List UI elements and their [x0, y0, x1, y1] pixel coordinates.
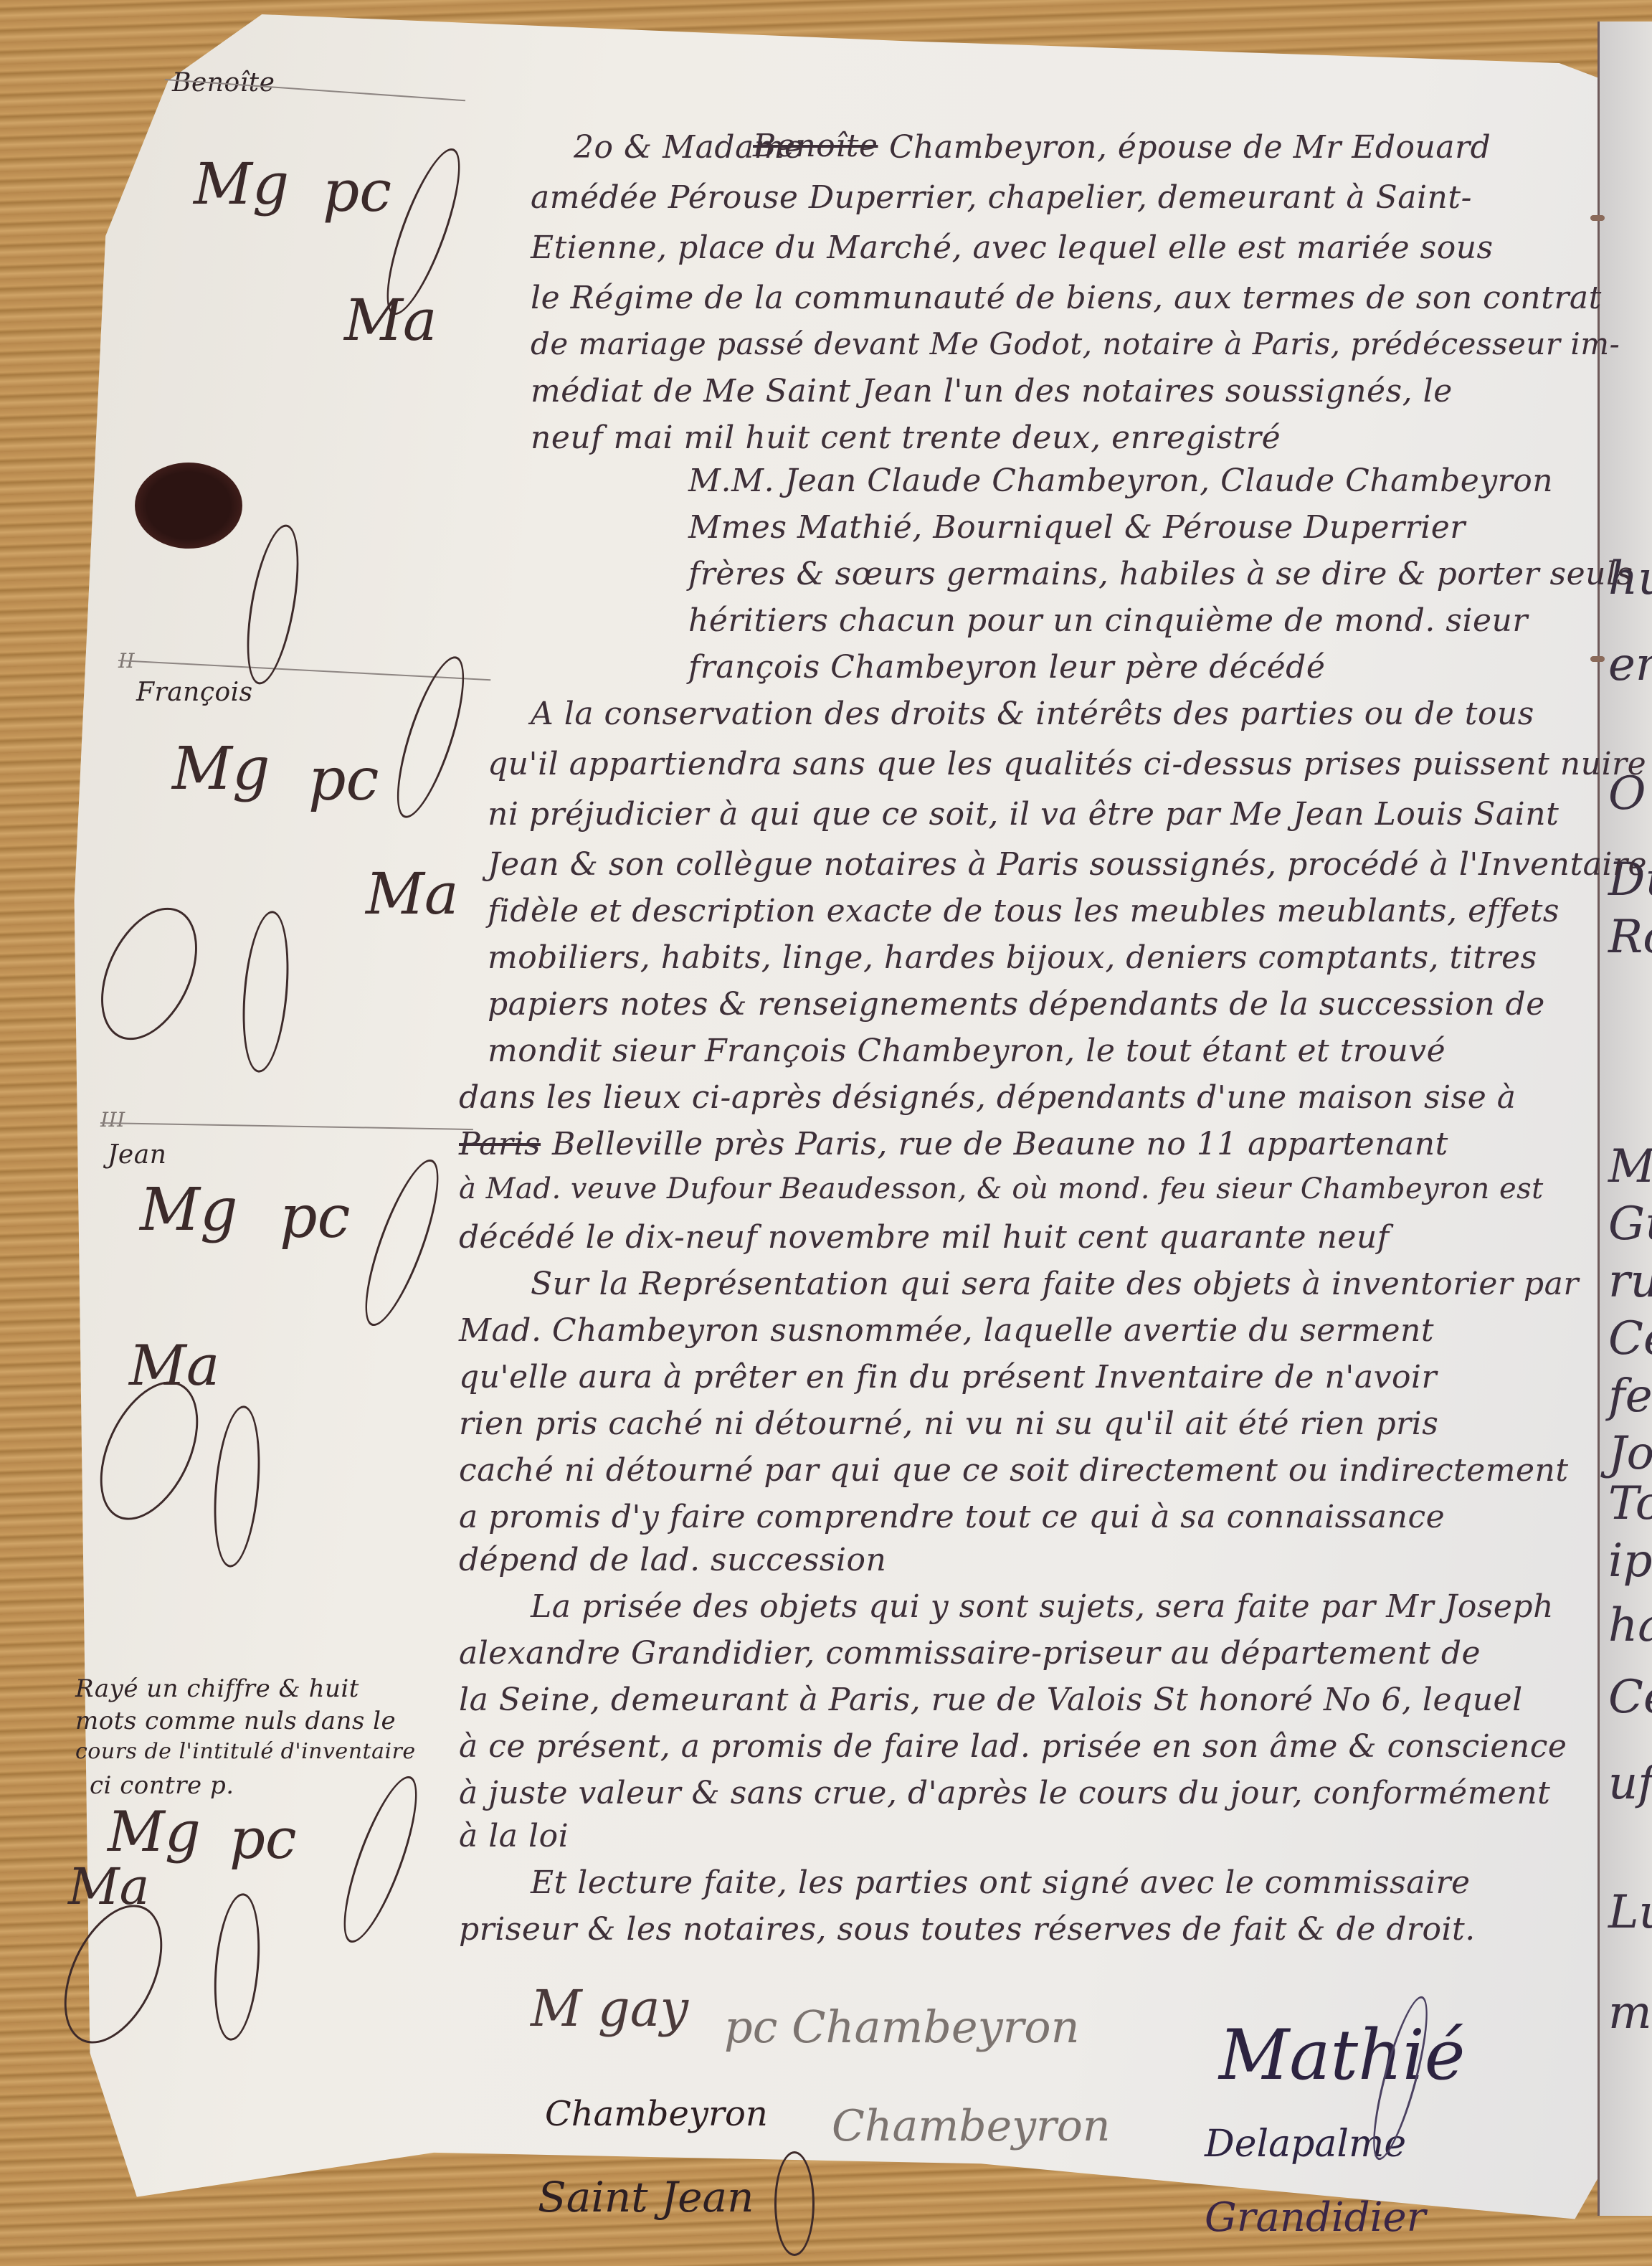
- signature: Saint Jean: [538, 2173, 754, 2222]
- signature: Grandidier: [1205, 2194, 1425, 2241]
- facing-page-fragment: ru: [1608, 1255, 1652, 1308]
- text-line: Etienne, place du Marché, avec lequel el…: [531, 229, 1494, 266]
- text-line: alexandre Grandidier, commissaire-priseu…: [459, 1635, 1481, 1672]
- text-line: mondit sieur François Chambeyron, le tou…: [488, 1033, 1445, 1069]
- text-line: papiers notes & renseignements dépendant…: [488, 986, 1545, 1023]
- text-line: Belleville près Paris, rue de Beaune no …: [552, 1126, 1448, 1162]
- facing-page-fragment: haf: [1608, 1599, 1652, 1652]
- facing-page-fragment: ufo: [1608, 1757, 1652, 1810]
- margin-note-line: cours de l'intitulé d'inventaire: [75, 1739, 416, 1764]
- text-line: mobiliers, habits, linge, hardes bijoux,…: [488, 939, 1537, 976]
- text-line: qu'elle aura à prêter en fin du présent …: [459, 1359, 1437, 1395]
- facing-page-fragment: Ce: [1608, 1671, 1652, 1724]
- text-line: décédé le dix-neuf novembre mil huit cen…: [459, 1219, 1389, 1256]
- signature: Mathié: [1219, 2015, 1465, 2095]
- facing-page-fragment: Jo: [1608, 1427, 1652, 1480]
- text-line: Et lecture faite, les parties ont signé …: [531, 1864, 1471, 1901]
- struck-word: Benoîte: [753, 128, 878, 164]
- margin-note-line: Rayé un chiffre & huit: [75, 1674, 359, 1703]
- facing-page-fragment: Tou: [1608, 1477, 1652, 1530]
- signature: M gay: [531, 1979, 688, 2038]
- margin-name-label: Jean: [108, 1140, 166, 1170]
- facing-page-fragment: Lu'é: [1608, 1886, 1652, 1939]
- text-line: Sur la Représentation qui sera faite des…: [531, 1266, 1579, 1302]
- text-line: héritiers chacun pour un cinquième de mo…: [688, 602, 1528, 639]
- text-line: de mariage passé devant Me Godot, notair…: [531, 326, 1620, 361]
- paraph-initials: Mg: [172, 735, 270, 803]
- text-line: priseur & les notaires, sous toutes rése…: [459, 1911, 1476, 1948]
- text-line: a promis d'y faire comprendre tout ce qu…: [459, 1499, 1445, 1535]
- text-line: Mad. Chambeyron susnommée, laquelle aver…: [459, 1312, 1434, 1349]
- text-line: dans les lieux ci-après désignés, dépend…: [459, 1079, 1516, 1116]
- binding-thread: [1590, 215, 1605, 221]
- text-line: à la loi: [459, 1818, 569, 1854]
- signature: pc Chambeyron: [724, 2001, 1080, 2053]
- text-line: neuf mai mil huit cent trente deux, enre…: [531, 419, 1281, 456]
- text-line: amédée Pérouse Duperrier, chapelier, dem…: [531, 179, 1472, 216]
- paraph-initials: pc: [323, 158, 391, 224]
- text-line: dépend de lad. succession: [459, 1542, 886, 1578]
- signature: Chambeyron: [545, 2094, 768, 2134]
- paraph-initials: Mg: [108, 1800, 201, 1864]
- paraph-initials: Mg: [194, 151, 289, 217]
- paraph-initials: pc: [308, 746, 379, 814]
- text-line: qu'il appartiendra sans que les qualités…: [488, 746, 1646, 782]
- text-line: frères & sœurs germains, habiles à se di…: [688, 556, 1633, 592]
- signature: Chambeyron: [832, 2101, 1110, 2151]
- paraph-initials: pc: [229, 1807, 297, 1872]
- margin-note-line: ci contre p.: [90, 1771, 234, 1800]
- margin-numeral: III: [100, 1108, 125, 1132]
- facing-page-fragment: ipou: [1608, 1535, 1652, 1588]
- facing-page-fragment: Gu: [1608, 1198, 1652, 1251]
- text-line: La prisée des objets qui y sont sujets, …: [531, 1588, 1554, 1625]
- text-line: A la conservation des droits & intérêts …: [531, 696, 1534, 732]
- paraph-initials: pc: [280, 1183, 350, 1251]
- text-line: Mmes Mathié, Bourniquel & Pérouse Duperr…: [688, 509, 1466, 546]
- paraph-initials: Mg: [140, 1176, 237, 1244]
- text-line: le Régime de la communauté de biens, aux…: [531, 280, 1602, 316]
- text-line: caché ni détourné par qui que ce soit di…: [459, 1452, 1569, 1489]
- facing-page-fragment: en: [1608, 638, 1652, 691]
- facing-page-fragment: fer: [1608, 1370, 1652, 1423]
- text-line: Chambeyron, épouse de Mr Edouard: [889, 129, 1491, 166]
- text-line: françois Chambeyron leur père décédé: [688, 649, 1325, 686]
- text-line: à ce présent, a promis de faire lad. pri…: [459, 1728, 1567, 1765]
- text-line: rien pris caché ni détourné, ni vu ni su…: [459, 1405, 1438, 1442]
- margin-name-label: François: [136, 678, 253, 707]
- text-line: M.M. Jean Claude Chambeyron, Claude Cham…: [688, 463, 1553, 499]
- facing-page-fragment: m: [1608, 1986, 1652, 2039]
- text-line: Jean & son collègue notaires à Paris sou…: [488, 846, 1647, 883]
- margin-note-line: mots comme nuls dans le: [75, 1707, 396, 1735]
- text-line: la Seine, demeurant à Paris, rue de Valo…: [459, 1682, 1523, 1718]
- text-line: fidèle et description exacte de tous les…: [488, 893, 1560, 929]
- facing-page-fragment: Ro: [1608, 911, 1652, 964]
- facing-page-fragment: Ma: [1608, 1140, 1652, 1193]
- struck-word: Paris: [459, 1126, 541, 1162]
- text-line: ni préjudicier à qui que ce soit, il va …: [488, 796, 1559, 833]
- text-line: à Mad. veuve Dufour Beaudesson, & où mon…: [459, 1172, 1544, 1205]
- text-line: médiat de Me Saint Jean l'un des notaire…: [531, 373, 1453, 409]
- text-line: à juste valeur & sans crue, d'après le c…: [459, 1775, 1550, 1811]
- paraph-initials: Ma: [366, 861, 459, 927]
- facing-page-fragment: Ce: [1608, 1312, 1652, 1365]
- signature-flourish: [774, 2151, 815, 2256]
- binding-thread: [1590, 656, 1605, 662]
- ink-blot: [135, 463, 242, 549]
